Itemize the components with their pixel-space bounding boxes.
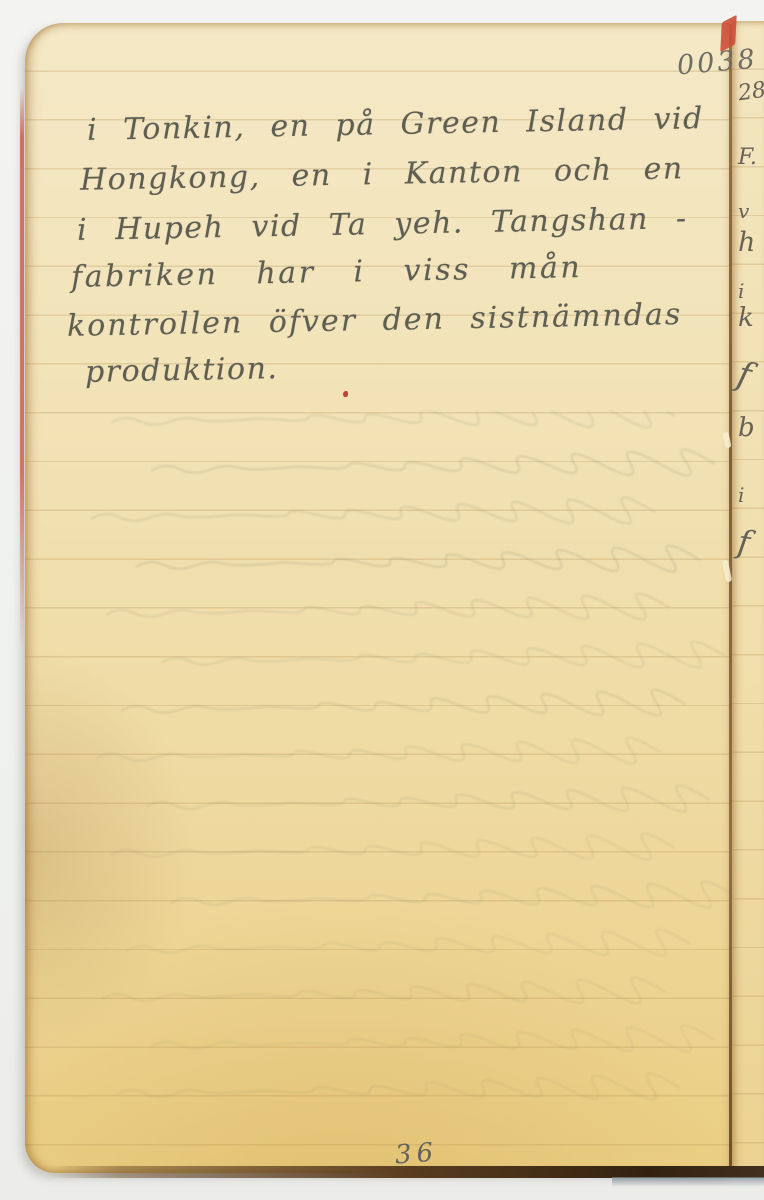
next-page-sliver: 28. F. v h i k f b i f [732,21,764,1178]
handwriting-line: fabriken har i viss mån [71,250,583,295]
bleed-through-ghost-writing [81,411,731,1151]
notebook-page: i Tonkin, en på Green Island vid Hongkon… [25,23,732,1173]
next-page-fragment: v [738,199,749,223]
page-left-red-edge [20,86,24,651]
next-page-fragment: k [738,303,754,333]
next-page-fragment: h [738,227,755,258]
ghost-squiggle-group [91,411,731,1100]
next-page-fragment: i [738,483,744,507]
next-page-fragment: i [738,279,744,303]
page-gutter-line [729,24,732,1173]
scan-shadow [612,1177,764,1187]
next-page-fragment: f [735,522,752,561]
handwriting-line: produktion. [85,351,279,390]
handwriting-line: kontrollen öfver den sistnämndas [67,297,683,344]
next-page-fragment: 28. [736,77,764,107]
handwriting-line: Hongkong, en i Kanton och en [80,151,684,198]
notebook-scan: i Tonkin, en på Green Island vid Hongkon… [0,0,764,1200]
next-page-fragment: b [738,413,755,443]
next-page-fragment: F. [738,145,757,170]
handwriting-line: i Hupeh vid Ta yeh. Tangshan - [77,201,688,248]
red-ink-speck [343,391,348,397]
next-page-fragment: f [733,354,755,396]
handwriting-line: i Tonkin, en på Green Island vid [87,101,704,148]
